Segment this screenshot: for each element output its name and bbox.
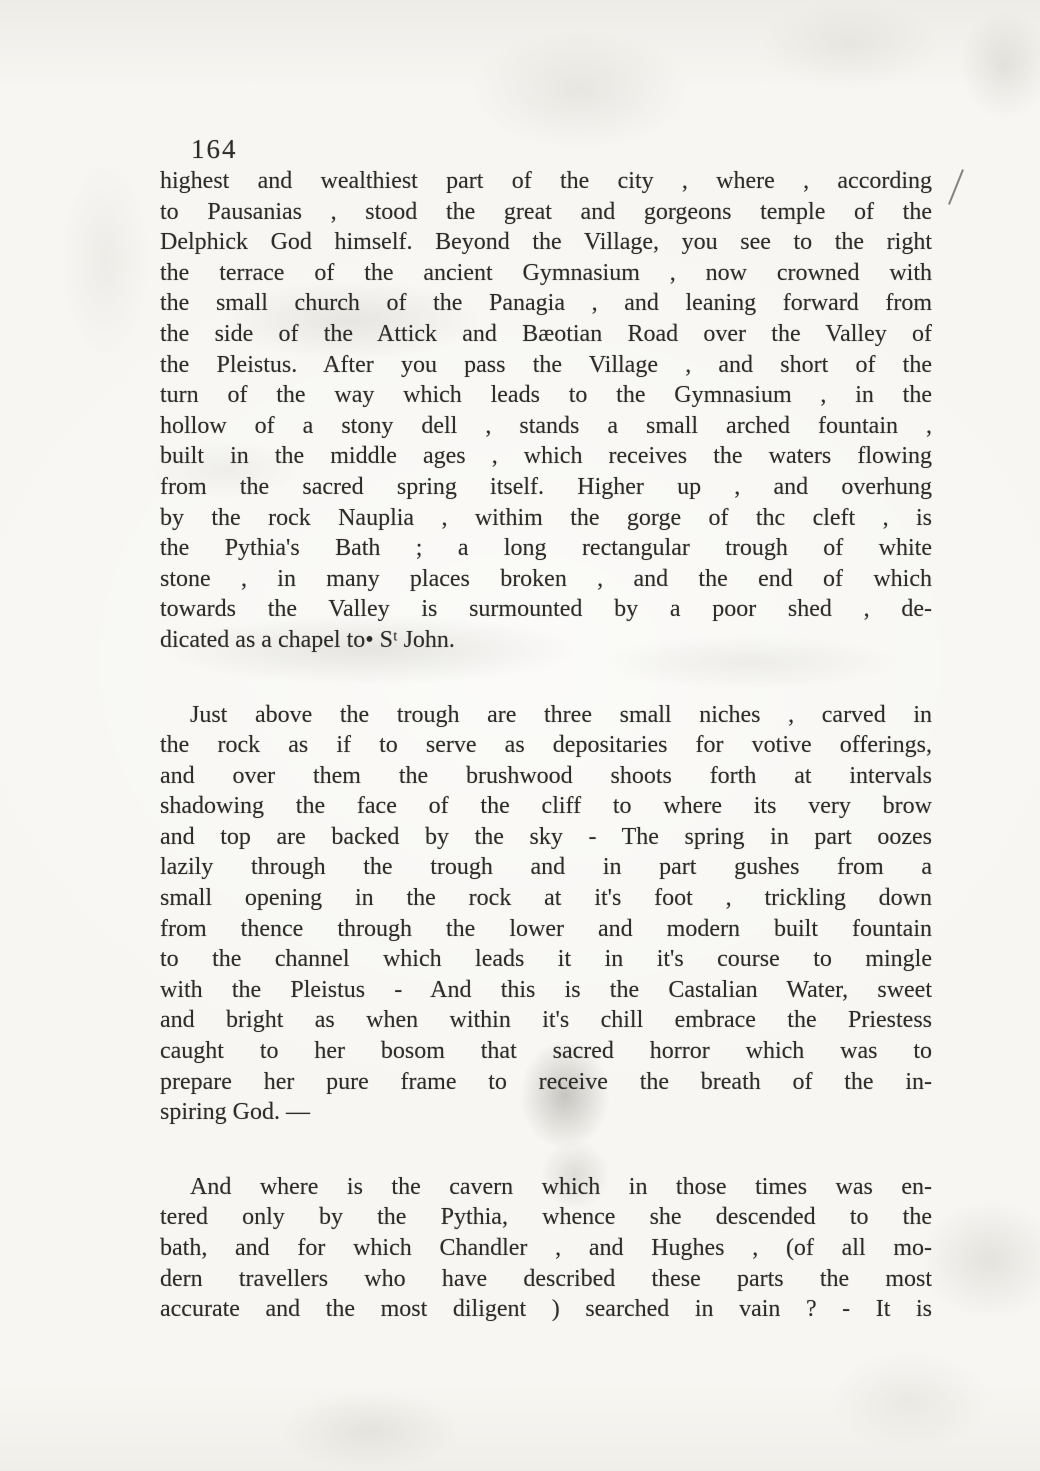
text-line: accurate and the most diligent ) searche… (160, 1294, 932, 1325)
text-line: spiring God. — (160, 1097, 932, 1128)
text-line: to Pausanias , stood the great and gorge… (160, 197, 932, 228)
text-line: dern travellers who have described these… (160, 1264, 932, 1295)
text-line: the small church of the Panagia , and le… (160, 288, 932, 319)
scan-smudge (470, 30, 690, 150)
text-block: highest and wealthiest part of the city … (160, 166, 932, 1325)
text-line: the side of the Attick and Bæotian Road … (160, 319, 932, 350)
scan-smudge (960, 10, 1040, 120)
text-line: to the channel which leads it in it's co… (160, 944, 932, 975)
text-line: dicated as a chapel to• Sᵗ John. (160, 625, 932, 656)
text-line: tered only by the Pythia, whence she des… (160, 1202, 932, 1233)
text-line: hollow of a stony dell , stands a small … (160, 411, 932, 442)
text-line: the terrace of the ancient Gymnasium , n… (160, 258, 932, 289)
text-line: Just above the trough are three small ni… (160, 700, 932, 731)
text-line: with the Pleistus - And this is the Cast… (160, 975, 932, 1006)
text-line: and top are backed by the sky - The spri… (160, 822, 932, 853)
text-line: And where is the cavern which in those t… (160, 1172, 932, 1203)
text-line: the Pleistus. After you pass the Village… (160, 350, 932, 381)
text-line: by the rock Nauplia , withim the gorge o… (160, 503, 932, 534)
text-line: caught to her bosom that sacred horror w… (160, 1036, 932, 1067)
text-line: lazily through the trough and in part gu… (160, 852, 932, 883)
text-line: the rock as if to serve as depositaries … (160, 730, 932, 761)
scan-smudge (760, 0, 940, 90)
scan-smudge (830, 1350, 990, 1450)
text-line: towards the Valley is surmounted by a po… (160, 594, 932, 625)
text-line: from the sacred spring itself. Higher up… (160, 472, 932, 503)
pen-mark (948, 169, 964, 205)
text-line: stone , in many places broken , and the … (160, 564, 932, 595)
text-line: and over them the brushwood shoots forth… (160, 761, 932, 792)
text-line: prepare her pure frame to receive the br… (160, 1067, 932, 1098)
page-number: 164 (191, 134, 238, 165)
text-line: bath, and for which Chandler , and Hughe… (160, 1233, 932, 1264)
scan-smudge (920, 1200, 1040, 1320)
scan-smudge (60, 160, 150, 360)
text-line: the Pythia's Bath ; a long rectangular t… (160, 533, 932, 564)
text-line: built in the middle ages , which receive… (160, 441, 932, 472)
text-line: Delphick God himself. Beyond the Village… (160, 227, 932, 258)
text-line: turn of the way which leads to the Gymna… (160, 380, 932, 411)
text-line: small opening in the rock at it's foot ,… (160, 883, 932, 914)
text-line: and bright as when within it's chill emb… (160, 1005, 932, 1036)
text-line: from thence through the lower and modern… (160, 914, 932, 945)
text-line: shadowing the face of the cliff to where… (160, 791, 932, 822)
scan-smudge (280, 1390, 460, 1470)
paragraph: And where is the cavern which in those t… (160, 1172, 932, 1325)
paragraph: Just above the trough are three small ni… (160, 700, 932, 1128)
text-line: highest and wealthiest part of the city … (160, 166, 932, 197)
paragraph: highest and wealthiest part of the city … (160, 166, 932, 656)
